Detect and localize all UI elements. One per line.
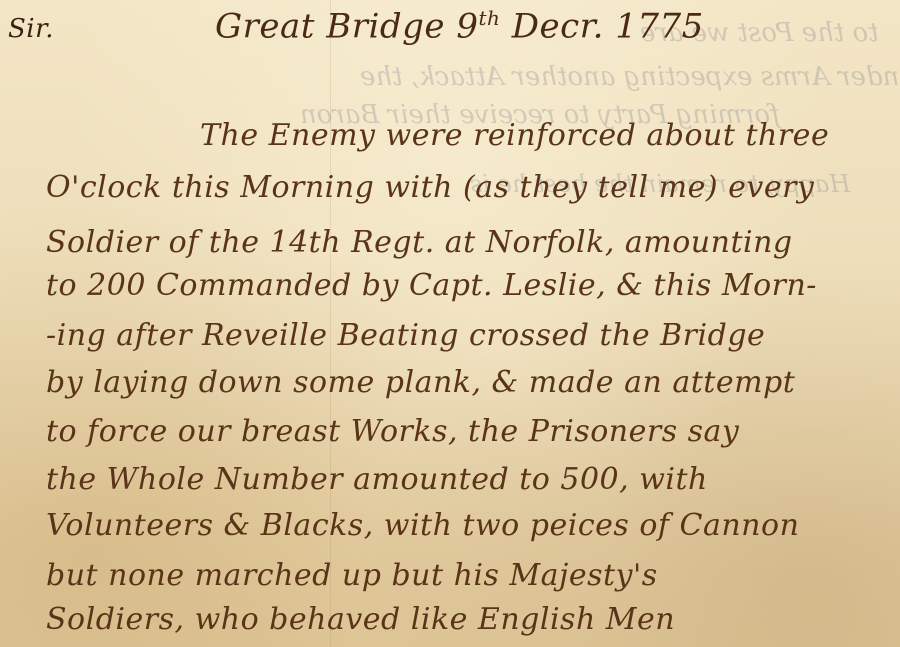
letter-line: Soldier of the 14th Regt. at Norfolk, am… xyxy=(46,225,793,260)
letter-line: -ing after Reveille Beating crossed the … xyxy=(46,318,765,353)
salutation: Sir. xyxy=(8,14,54,44)
dateline-month-year: Decr. 1775 xyxy=(512,6,704,46)
letter-line: O'clock this Morning with (as they tell … xyxy=(46,170,814,205)
dateline-day: 9 xyxy=(456,6,478,46)
dateline-place: Great Bridge xyxy=(215,6,445,46)
letter-line: The Enemy were reinforced about three xyxy=(200,118,829,153)
letter-line: but none marched up but his Majesty's xyxy=(46,558,658,593)
letter-line: by laying down some plank, & made an att… xyxy=(46,365,795,400)
letter-line: to force our breast Works, the Prisoners… xyxy=(46,414,739,449)
dateline: Great Bridge 9th Decr. 1775 xyxy=(215,6,704,46)
letter-line: Soldiers, who behaved like English Men xyxy=(46,602,675,637)
letter-line: Volunteers & Blacks, with two peices of … xyxy=(46,508,799,543)
letter-line: to 200 Commanded by Capt. Leslie, & this… xyxy=(46,268,817,303)
dateline-day-suffix: th xyxy=(479,6,501,30)
letter-line: the Whole Number amounted to 500, with xyxy=(46,462,708,497)
